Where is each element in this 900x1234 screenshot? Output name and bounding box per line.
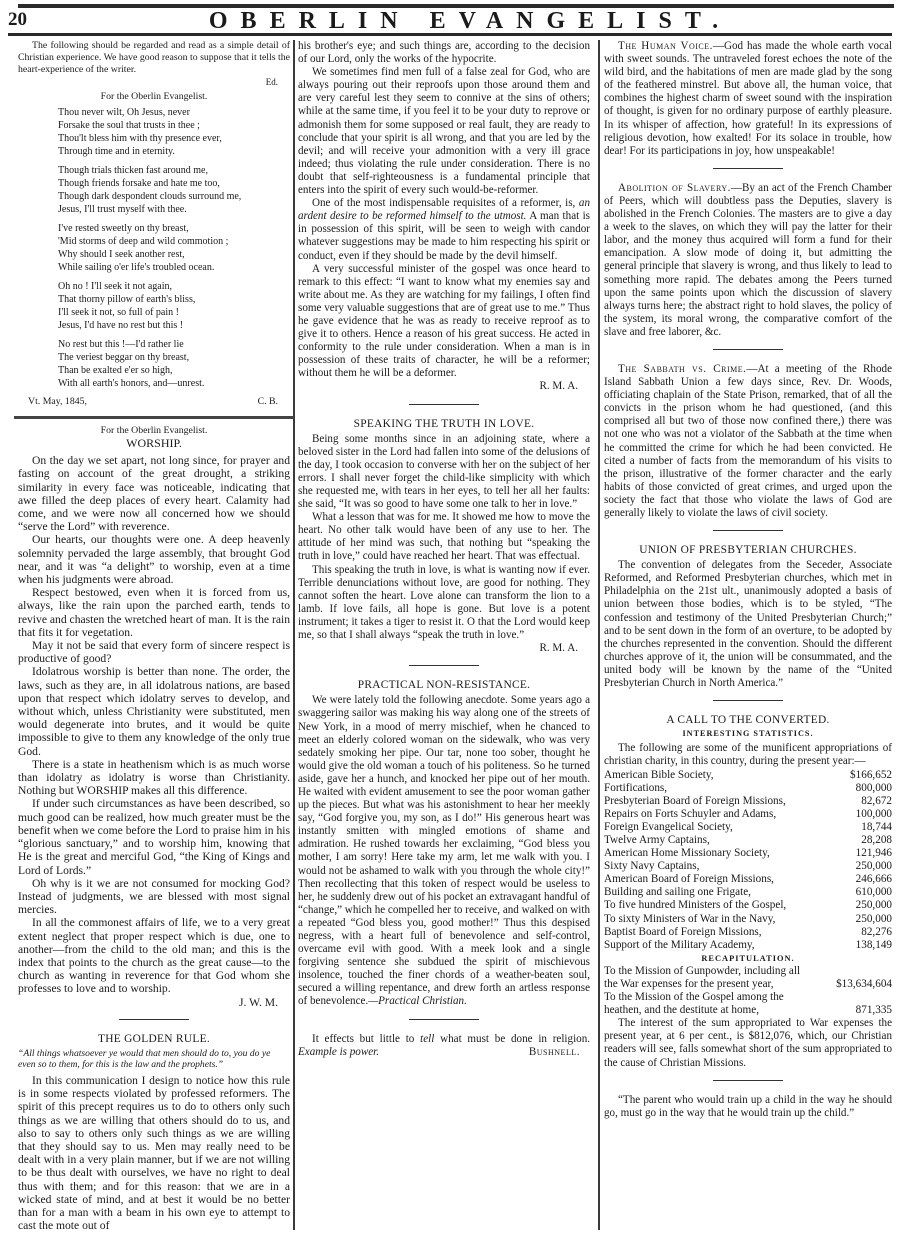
poem-line: Though dark despondent clouds surround m… <box>58 190 290 203</box>
row-label: Baptist Board of Foreign Missions, <box>604 926 824 939</box>
poem-stanza: Though trials thicken fast around me, Th… <box>58 164 290 216</box>
article-sabbath-crime: The Sabbath vs. Crime.—At a meeting of t… <box>604 363 892 520</box>
recap-line: To the Mission of Gunpowder, including a… <box>604 965 892 978</box>
row-label: American Bible Society, <box>604 769 824 782</box>
article-human-voice: The Human Voice.—God has made the whole … <box>604 40 892 158</box>
section-divider <box>409 665 479 671</box>
table-row: Presbyterian Board of Foreign Missions,8… <box>604 795 892 808</box>
row-amount: 250,000 <box>824 860 892 873</box>
paragraph: A very successful minister of the gospel… <box>298 263 590 381</box>
worship-title: WORSHIP. <box>18 437 290 450</box>
section-divider <box>119 1019 189 1025</box>
paragraph: We were lately told the following anecdo… <box>298 694 590 1008</box>
poem-line: Though trials thicken fast around me, <box>58 164 290 177</box>
poem-line: No rest but this !—I'd rather lie <box>58 338 290 351</box>
poem-line: Why should I seek another rest, <box>58 248 290 261</box>
poem-intro-signature: Ed. <box>18 76 290 88</box>
bushnell-quote: It effects but little to tell what must … <box>298 1033 590 1059</box>
recap-line: heathen, and the destitute at home, <box>604 1004 824 1017</box>
table-row: American Home Missionary Society,121,946 <box>604 847 892 860</box>
paragraph: Respect bestowed, even when it is forced… <box>18 586 290 639</box>
article-golden-rule: THE GOLDEN RULE. “All things whatsoever … <box>18 1033 290 1233</box>
poem-line: While sailing o'er life's troubled ocean… <box>58 261 290 274</box>
paragraph: If under such circumstances as have been… <box>18 797 290 876</box>
poem-line: With all earth's honors, and—unrest. <box>58 377 290 390</box>
text-run: —By an act of the French Chamber of Peer… <box>604 182 892 338</box>
section-divider <box>713 700 783 706</box>
paragraph: The convention of delegates from the Sec… <box>604 559 892 690</box>
row-amount: 82,672 <box>824 795 892 808</box>
poem-intro: The following should be regarded and rea… <box>18 40 290 88</box>
text-run: —At a meeting of the Rhode Island Sabbat… <box>604 363 892 519</box>
recap-label: RECAPITULATION. <box>604 952 892 965</box>
article-call-to-converted: A CALL TO THE CONVERTED. INTERESTING STA… <box>604 714 892 1070</box>
row-label: American Home Missionary Society, <box>604 847 824 860</box>
paragraph: On the day we set apart, not long since,… <box>18 454 290 533</box>
row-label: Fortifications, <box>604 782 824 795</box>
text-run: what must be done in religion. <box>440 1033 590 1045</box>
recap-line: the War expenses for the present year, <box>604 978 824 991</box>
paragraph: This speaking the truth in love, is what… <box>298 564 590 643</box>
emphasis-text: Example is power. <box>298 1046 379 1058</box>
poem-line: The veriest beggar on thy breast, <box>58 351 290 364</box>
poem-line: Forsake the soul that trusts in thee ; <box>58 119 290 132</box>
section-divider <box>713 349 783 355</box>
column-rule-right <box>598 40 600 1230</box>
table-row: To five hundred Ministers of the Gospel,… <box>604 899 892 912</box>
recap-line: To the Mission of the Gospel among the <box>604 991 892 1004</box>
row-label: Support of the Military Academy, <box>604 939 824 952</box>
non-resistance-title: PRACTICAL NON-RESISTANCE. <box>298 679 590 692</box>
paragraph: One of the most indispensable requisites… <box>298 197 590 262</box>
presbyterian-title: UNION OF PRESBYTERIAN CHURCHES. <box>604 544 892 557</box>
table-row: Twelve Army Captains,28,208 <box>604 834 892 847</box>
row-amount: 246,666 <box>824 873 892 886</box>
paragraph: In this communication I design to notice… <box>18 1074 290 1232</box>
emphasis-text: tell <box>420 1033 434 1045</box>
section-divider <box>713 168 783 174</box>
poem-place-date: Vt. May, 1845, <box>28 396 87 408</box>
paragraph: There is a state in heathenism which is … <box>18 758 290 798</box>
text-run: We were lately told the following anecdo… <box>298 694 590 1007</box>
row-amount: 250,000 <box>824 913 892 926</box>
text-run: One of the most indispensable requisites… <box>312 197 575 209</box>
recap-amount: 871,335 <box>824 1004 892 1017</box>
poem-intro-text: The following should be regarded and rea… <box>18 40 290 76</box>
poem-stanza: No rest but this !—I'd rather lie The ve… <box>58 338 290 390</box>
poem-line: Jesus, I'll trust myself with thee. <box>58 203 290 216</box>
table-row: Repairs on Forts Schuyler and Adams,100,… <box>604 808 892 821</box>
parent-quote: “The parent who would train up a child i… <box>604 1094 892 1120</box>
section-divider <box>713 530 783 536</box>
poem-line: Jesus, I'd have no rest but this ! <box>58 319 290 332</box>
row-label: To sixty Ministers of War in the Navy, <box>604 913 824 926</box>
table-row: American Bible Society,$166,652 <box>604 769 892 782</box>
table-row: Building and sailing one Frigate,610,000 <box>604 886 892 899</box>
table-row: Foreign Evangelical Society,18,744 <box>604 821 892 834</box>
table-row: Fortifications,800,000 <box>604 782 892 795</box>
section-divider <box>713 1080 783 1086</box>
row-amount: 250,000 <box>824 899 892 912</box>
row-amount: 121,946 <box>824 847 892 860</box>
row-label: American Board of Foreign Missions, <box>604 873 824 886</box>
speaking-truth-signature: R. M. A. <box>298 642 590 655</box>
article-speaking-truth: SPEAKING THE TRUTH IN LOVE. Being some m… <box>298 418 590 656</box>
row-label: To five hundred Ministers of the Gospel, <box>604 899 824 912</box>
table-row: Baptist Board of Foreign Missions,82,276 <box>604 926 892 939</box>
text-run: —God has made the whole earth vocal with… <box>604 40 892 157</box>
paragraph: The following are some of the munificent… <box>604 742 892 768</box>
paragraph: Being some months since in an adjoining … <box>298 433 590 512</box>
article-lead: The Human Voice. <box>618 40 713 52</box>
paragraph: We sometimes find men full of a false ze… <box>298 66 590 197</box>
masthead-rule <box>8 33 892 36</box>
article-non-resistance: PRACTICAL NON-RESISTANCE. We were lately… <box>298 679 590 1008</box>
article-lead: The Sabbath vs. Crime. <box>618 363 746 375</box>
article-worship: For the Oberlin Evangelist. WORSHIP. On … <box>18 425 290 1009</box>
section-divider <box>409 1019 479 1025</box>
poem-stanza: Thou never wilt, Oh Jesus, never Forsake… <box>58 106 290 158</box>
recap-row: To the Mission of the Gospel among the <box>604 991 892 1004</box>
row-label: Foreign Evangelical Society, <box>604 821 824 834</box>
row-amount: 800,000 <box>824 782 892 795</box>
table-row: To sixty Ministers of War in the Navy,25… <box>604 913 892 926</box>
row-label: Repairs on Forts Schuyler and Adams, <box>604 808 824 821</box>
poem: Thou never wilt, Oh Jesus, never Forsake… <box>58 106 290 390</box>
statistics-table: American Bible Society,$166,652 Fortific… <box>604 769 892 1018</box>
call-converted-subtitle: INTERESTING STATISTICS. <box>604 727 892 740</box>
paragraph: The interest of the sum appropriated to … <box>604 1017 892 1069</box>
row-amount: 610,000 <box>824 886 892 899</box>
golden-rule-signature: R. M. A. <box>298 380 590 393</box>
left-column: The following should be regarded and rea… <box>18 40 290 1232</box>
table-row: American Board of Foreign Missions,246,6… <box>604 873 892 886</box>
paragraph: In all the commonest affairs of life, we… <box>18 916 290 995</box>
column-rule-left <box>293 40 295 1230</box>
table-row: Sixty Navy Captains,250,000 <box>604 860 892 873</box>
article-abolition: Abolition of Slavery.—By an act of the F… <box>604 182 892 339</box>
row-amount: 82,276 <box>824 926 892 939</box>
paragraph: Oh why is it we are not consumed for moc… <box>18 877 290 917</box>
poem-credit: For the Oberlin Evangelist. <box>18 91 290 103</box>
speaking-truth-title: SPEAKING THE TRUTH IN LOVE. <box>298 418 590 431</box>
row-amount: 138,149 <box>824 939 892 952</box>
recap-amount: $13,634,604 <box>824 978 892 991</box>
recap-row: To the Mission of Gunpowder, including a… <box>604 965 892 978</box>
paragraph: Our hearts, our thoughts were one. A dee… <box>18 533 290 586</box>
poem-stanza: I've rested sweetly on thy breast, 'Mid … <box>58 222 290 274</box>
poem-line: 'Mid storms of deep and wild commotion ; <box>58 235 290 248</box>
paragraph: May it not be said that every form of si… <box>18 639 290 665</box>
bushnell-signature: Bushnell. <box>515 1046 590 1059</box>
row-amount: $166,652 <box>824 769 892 782</box>
poem-line: Thou never wilt, Oh Jesus, never <box>58 106 290 119</box>
poem-footer: Vt. May, 1845, C. B. <box>18 396 290 408</box>
article-lead: Abolition of Slavery. <box>618 182 731 194</box>
recap-row: heathen, and the destitute at home,871,3… <box>604 1004 892 1017</box>
golden-rule-epigraph: “All things whatsoever ye would that men… <box>18 1048 290 1070</box>
poem-line: I've rested sweetly on thy breast, <box>58 222 290 235</box>
section-divider <box>409 404 479 410</box>
row-label: Twelve Army Captains, <box>604 834 824 847</box>
poem-line: I'll seek it not, so full of pain ! <box>58 306 290 319</box>
right-column: The Human Voice.—God has made the whole … <box>604 40 892 1120</box>
row-label: Presbyterian Board of Foreign Missions, <box>604 795 824 808</box>
call-converted-title: A CALL TO THE CONVERTED. <box>604 714 892 727</box>
middle-column: his brother's eye; and such things are, … <box>298 40 590 1059</box>
article-presbyterian-union: UNION OF PRESBYTERIAN CHURCHES. The conv… <box>604 544 892 690</box>
row-amount: 28,208 <box>824 834 892 847</box>
table-row: Support of the Military Academy,138,149 <box>604 939 892 952</box>
paragraph: his brother's eye; and such things are, … <box>298 40 590 66</box>
poem-line: Than be exalted e'er so high, <box>58 364 290 377</box>
text-run: It effects but little to <box>312 1033 414 1045</box>
poem-stanza: Oh no ! I'll seek it not again, That tho… <box>58 280 290 332</box>
golden-rule-title: THE GOLDEN RULE. <box>18 1033 290 1046</box>
section-divider <box>14 416 294 419</box>
paragraph: What a lesson that was for me. It showed… <box>298 511 590 563</box>
poem-line: Through time and in eternity. <box>58 145 290 158</box>
row-amount: 18,744 <box>824 821 892 834</box>
poem-line: Oh no ! I'll seek it not again, <box>58 280 290 293</box>
source-attribution: —Practical Christian. <box>368 995 467 1007</box>
newspaper-title: OBERLIN EVANGELIST. <box>0 8 900 35</box>
poem-line: That thorny pillow of earth's bliss, <box>58 293 290 306</box>
poem-line: Thou'lt bless him with thy presence ever… <box>58 132 290 145</box>
masthead: 20 OBERLIN EVANGELIST. <box>0 9 900 31</box>
worship-signature: J. W. M. <box>18 996 290 1009</box>
paragraph: Idolatrous worship is better than none. … <box>18 665 290 757</box>
recap-row: the War expenses for the present year,$1… <box>604 978 892 991</box>
recap-header-row: RECAPITULATION. <box>604 952 892 965</box>
poem-line: Though friends forsake and hate me too, <box>58 177 290 190</box>
row-label: Sixty Navy Captains, <box>604 860 824 873</box>
row-amount: 100,000 <box>824 808 892 821</box>
row-label: Building and sailing one Frigate, <box>604 886 824 899</box>
poem-signature: C. B. <box>258 396 278 408</box>
